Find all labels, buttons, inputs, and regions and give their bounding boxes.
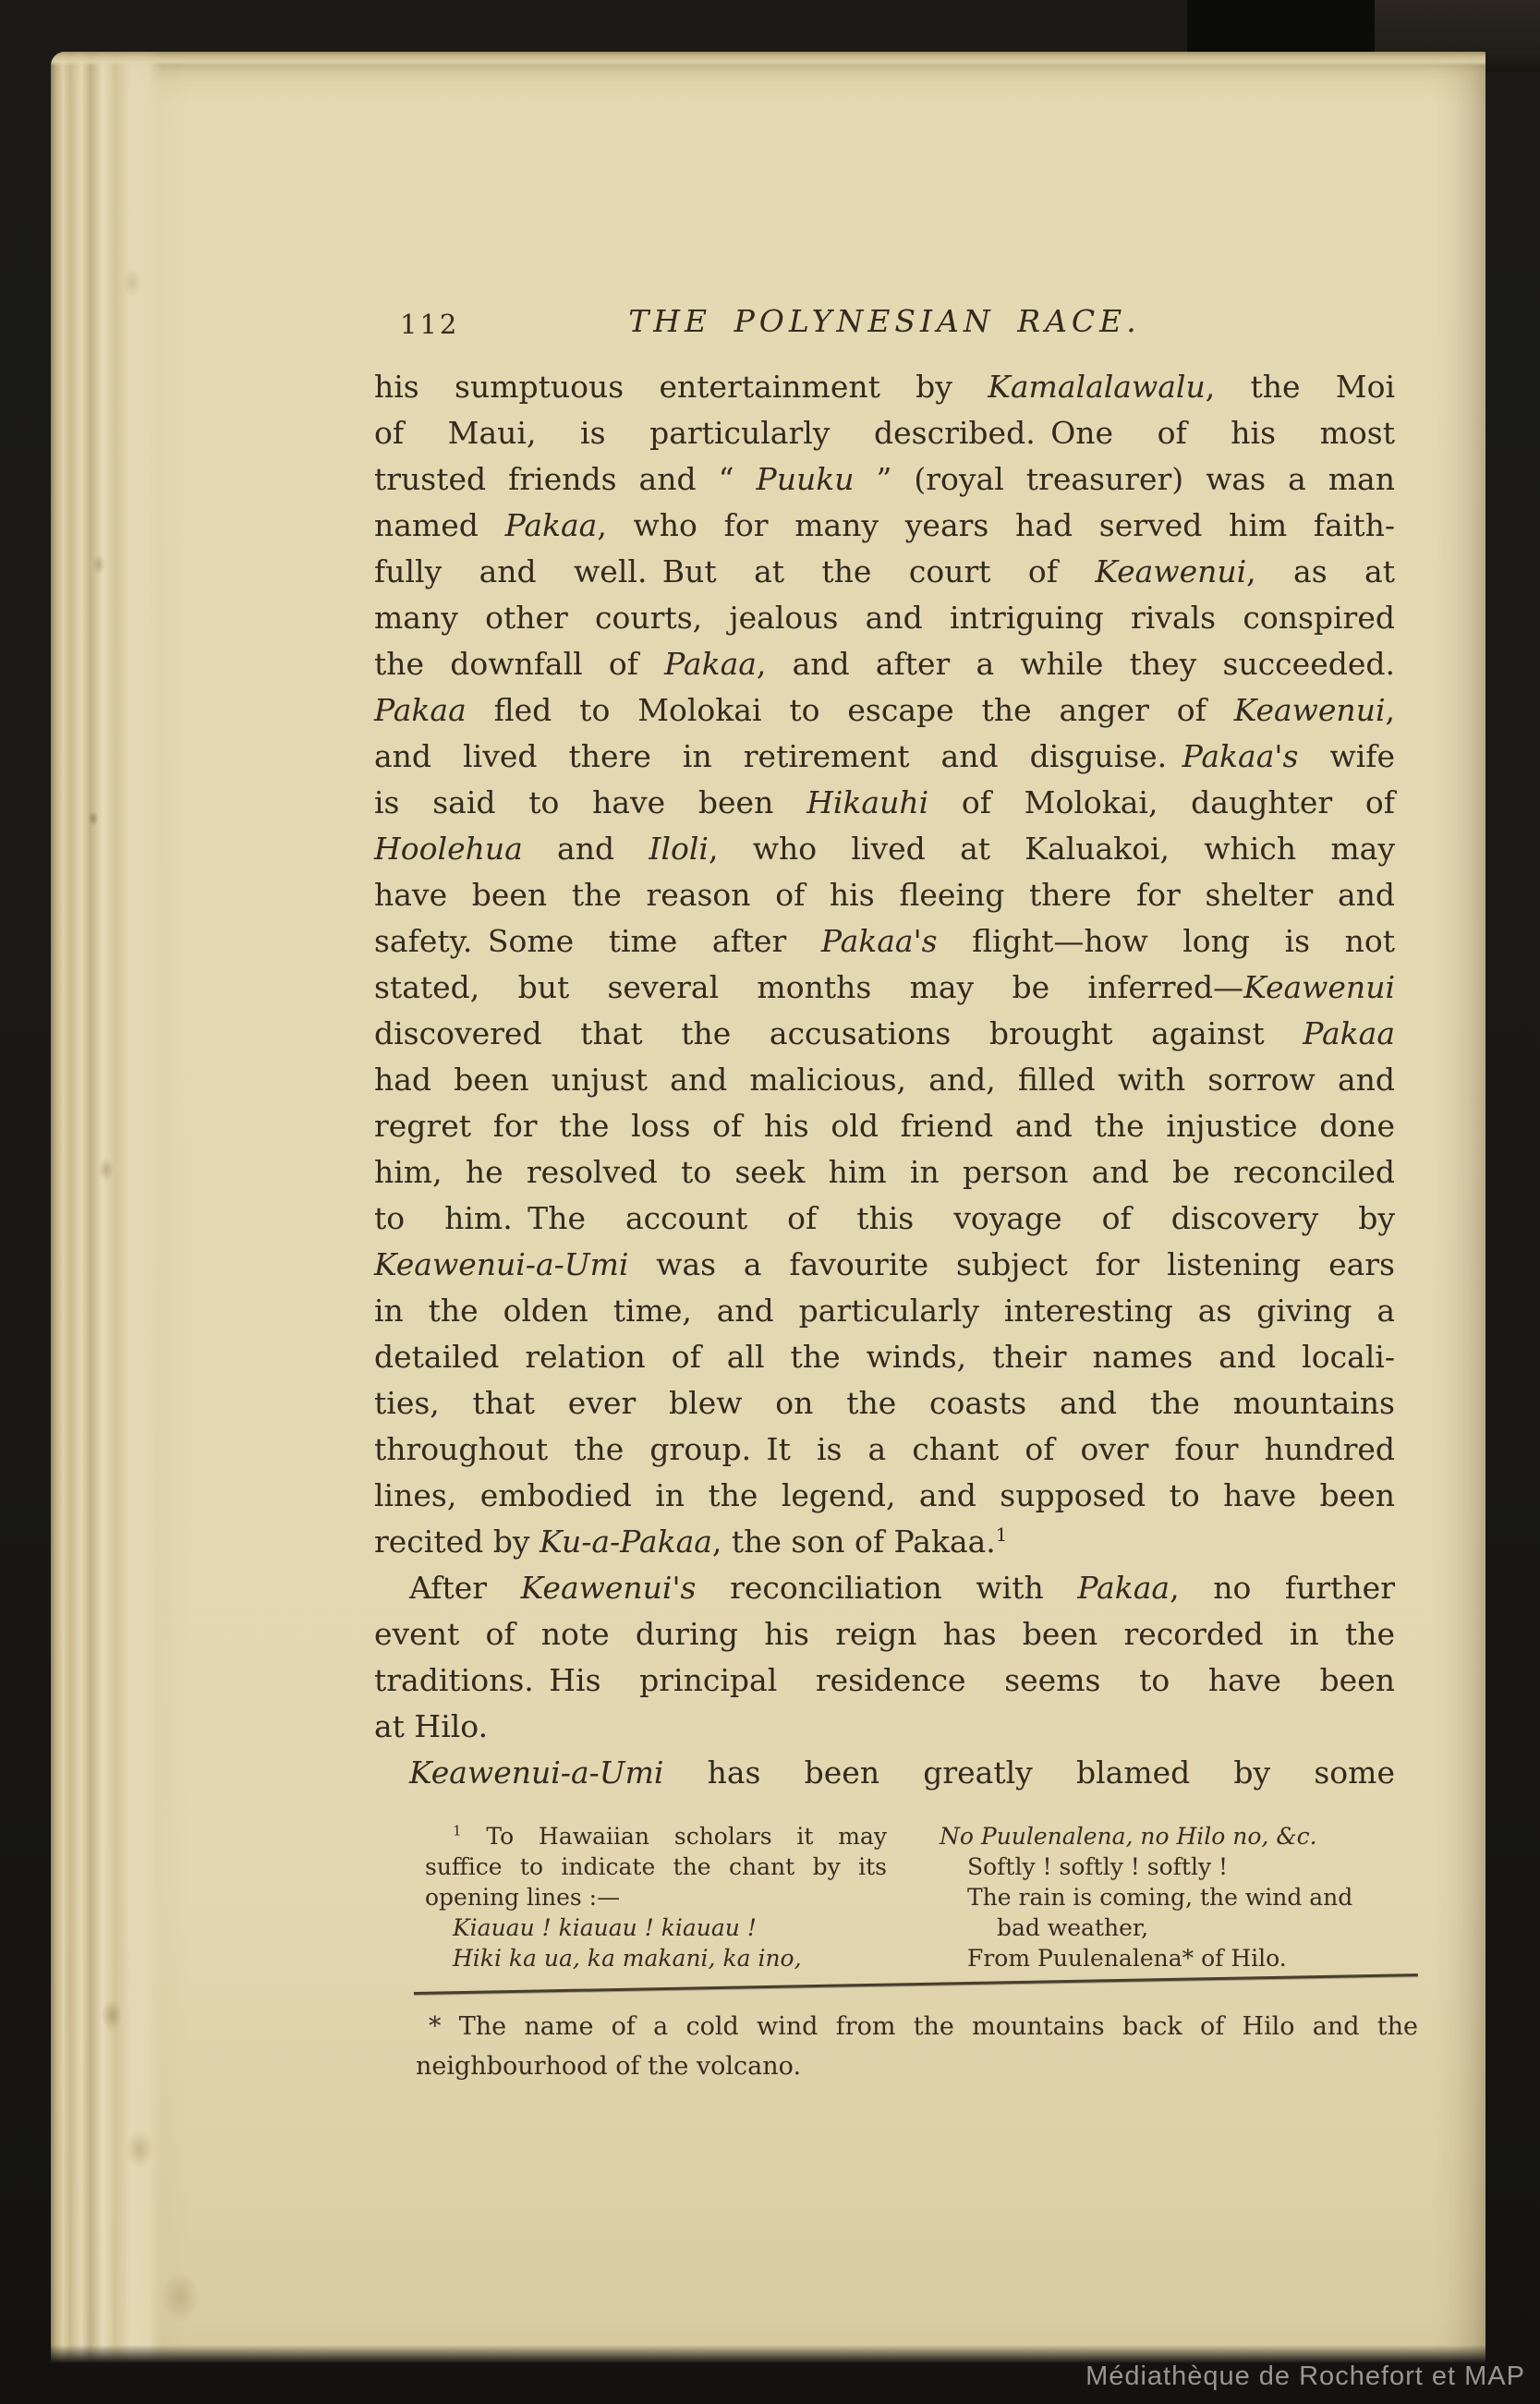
- text-segment: Pakaa: [374, 692, 467, 728]
- text-segment: Keawenui's: [521, 1570, 697, 1606]
- text-segment: trusted friends and “: [374, 461, 757, 497]
- text-segment: safety. Some time after: [374, 923, 821, 959]
- text-segment: Iloli: [649, 831, 709, 867]
- text-segment: Hoolehua: [374, 831, 523, 867]
- text-line: lines, embodied in the legend, and suppo…: [374, 1473, 1395, 1519]
- text-segment: stated, but several months may be inferr…: [374, 969, 1243, 1005]
- text-segment: bad weather,: [997, 1914, 1148, 1941]
- text-segment: ,: [1386, 692, 1396, 728]
- text-segment: recited by: [374, 1524, 540, 1560]
- text-segment: event of note during his reign has been …: [374, 1616, 1395, 1652]
- text-line: 1 To Hawaiian scholars it may: [425, 1821, 887, 1852]
- text-segment: Keawenui: [1234, 692, 1386, 728]
- text-line: many other courts, jealous and intriguin…: [374, 595, 1395, 641]
- text-segment: is said to have been: [374, 784, 806, 820]
- text-segment: Pakaa's: [821, 923, 938, 959]
- text-segment: Hiki ka ua, ka makani, ka ino,: [453, 1945, 802, 1972]
- text-segment: Kamalalawalu: [988, 369, 1205, 405]
- text-line: The rain is coming, the wind and: [940, 1882, 1395, 1912]
- text-segment: 1: [453, 1823, 462, 1839]
- text-segment: discovered that the accusations brought …: [374, 1015, 1303, 1051]
- text-segment: Keawenui: [1243, 969, 1395, 1005]
- text-segment: to him. The account of this voyage of di…: [374, 1200, 1395, 1236]
- text-segment: neighbourhood of the volcano.: [416, 2052, 801, 2081]
- asterisk-footnote: * The name of a cold wind from the mount…: [416, 2007, 1418, 2086]
- text-segment: To Hawaiian scholars it may: [462, 1823, 887, 1850]
- text-line: Pakaa fled to Molokai to escape the ange…: [374, 687, 1395, 734]
- text-segment: throughout the group. It is a chant of o…: [374, 1431, 1395, 1467]
- text-segment: has been greatly blamed by some: [663, 1754, 1395, 1791]
- text-line: * The name of a cold wind from the mount…: [416, 2007, 1418, 2046]
- body-text: his sumptuous entertainment by Kamalalaw…: [374, 364, 1395, 1796]
- text-segment: Pakaa: [664, 646, 757, 682]
- text-line: Keawenui-a-Umi has been greatly blamed b…: [374, 1750, 1395, 1796]
- footnotes: 1 To Hawaiian scholars it maysuffice to …: [374, 1821, 1395, 1980]
- text-line: to him. The account of this voyage of di…: [374, 1196, 1395, 1242]
- text-line: Hoolehua and Iloli, who lived at Kaluako…: [374, 826, 1395, 872]
- text-segment: From Puulenalena* of Hilo.: [967, 1945, 1287, 1972]
- text-segment: fully and well. But at the court of: [374, 553, 1095, 589]
- text-segment: have been the reason of his fleeing ther…: [374, 877, 1395, 913]
- footnote-left-column: 1 To Hawaiian scholars it maysuffice to …: [425, 1821, 887, 1973]
- text-line: suffice to indicate the chant by its: [425, 1852, 887, 1882]
- text-segment: reconciliation with: [696, 1570, 1077, 1606]
- text-line: opening lines :—: [425, 1882, 887, 1912]
- text-segment: and: [523, 831, 649, 867]
- text-segment: , who lived at Kaluakoi, which may: [709, 831, 1395, 867]
- text-segment: had been unjust and malicious, and, fill…: [374, 1062, 1395, 1098]
- text-line: stated, but several months may be inferr…: [374, 965, 1395, 1011]
- running-title: THE POLYNESIAN RACE.: [374, 303, 1395, 339]
- text-line: bad weather,: [940, 1912, 1395, 1943]
- text-line: discovered that the accusations brought …: [374, 1011, 1395, 1057]
- text-line: regret for the loss of his old friend an…: [374, 1103, 1395, 1149]
- text-line: Keawenui-a-Umi was a favourite subject f…: [374, 1242, 1395, 1288]
- text-segment: Pakaa: [505, 507, 598, 543]
- text-segment: ties, that ever blew on the coasts and t…: [374, 1385, 1395, 1421]
- text-line: the downfall of Pakaa, and after a while…: [374, 641, 1395, 687]
- text-line: neighbourhood of the volcano.: [416, 2046, 1418, 2086]
- text-segment: , no further: [1170, 1570, 1395, 1606]
- text-line: have been the reason of his fleeing ther…: [374, 872, 1395, 918]
- text-segment: was a favourite subject for listening ea…: [628, 1246, 1395, 1282]
- text-segment: , as at: [1246, 553, 1395, 589]
- text-line: Hiki ka ua, ka makani, ka ino,: [425, 1943, 887, 1973]
- text-segment: regret for the loss of his old friend an…: [374, 1108, 1395, 1144]
- text-line: fully and well. But at the court of Keaw…: [374, 549, 1395, 595]
- text-segment: Keawenui-a-Umi: [409, 1754, 663, 1791]
- text-line: From Puulenalena* of Hilo.: [940, 1943, 1395, 1973]
- text-segment: him, he resolved to seek him in person a…: [374, 1154, 1395, 1190]
- text-segment: suffice to indicate the chant by its: [425, 1853, 887, 1880]
- text-line: of Maui, is particularly described. One …: [374, 410, 1395, 456]
- text-segment: named: [374, 507, 505, 543]
- text-segment: traditions. His principal residence seem…: [374, 1662, 1395, 1698]
- text-segment: Pakaa: [1303, 1015, 1395, 1051]
- text-line: safety. Some time after Pakaa's flight—h…: [374, 918, 1395, 965]
- text-segment: and lived there in retirement and disgui…: [374, 738, 1182, 774]
- text-segment: wife: [1298, 738, 1395, 774]
- text-line: After Keawenui's reconciliation with Pak…: [374, 1565, 1395, 1611]
- book-page: 112 THE POLYNESIAN RACE. his sumptuous e…: [51, 52, 1485, 2404]
- text-line: is said to have been Hikauhi of Molokai,…: [374, 780, 1395, 826]
- text-line: traditions. His principal residence seem…: [374, 1657, 1395, 1704]
- text-segment: , and after a while they succeeded.: [757, 646, 1395, 682]
- text-segment: at Hilo.: [374, 1708, 488, 1744]
- text-line: throughout the group. It is a chant of o…: [374, 1427, 1395, 1473]
- text-line: and lived there in retirement and disgui…: [374, 734, 1395, 780]
- text-segment: The rain is coming, the wind and: [967, 1884, 1352, 1911]
- text-line: trusted friends and “ Puuku ” (royal tre…: [374, 456, 1395, 503]
- text-line: at Hilo.: [374, 1704, 1395, 1750]
- text-segment: in the olden time, and particularly inte…: [374, 1293, 1395, 1329]
- text-segment: detailed relation of all the winds, thei…: [374, 1339, 1395, 1375]
- text-segment: opening lines :—: [425, 1884, 620, 1911]
- text-line: in the olden time, and particularly inte…: [374, 1288, 1395, 1334]
- text-line: his sumptuous entertainment by Kamalalaw…: [374, 364, 1395, 410]
- text-segment: No Puulenalena, no Hilo no, &c.: [940, 1823, 1317, 1850]
- text-segment: Pakaa's: [1182, 738, 1299, 774]
- page-top-edge: [51, 52, 1485, 66]
- text-line: detailed relation of all the winds, thei…: [374, 1334, 1395, 1380]
- text-segment: Ku-a-Pakaa: [540, 1524, 712, 1560]
- text-segment: Hikauhi: [806, 784, 928, 820]
- text-segment: Softly ! softly ! softly !: [967, 1853, 1228, 1880]
- foxing-stains: [51, 52, 254, 2404]
- text-segment: , the son of Pakaa.: [712, 1524, 996, 1560]
- text-line: Kiauau ! kiauau ! kiauau !: [425, 1912, 887, 1943]
- text-segment: the downfall of: [374, 646, 664, 682]
- watermark-label: Médiathèque de Rochefort et MAP: [1085, 2362, 1525, 2392]
- text-segment: fled to Molokai to escape the anger of: [467, 692, 1234, 728]
- text-line: Softly ! softly ! softly !: [940, 1852, 1395, 1882]
- text-segment: lines, embodied in the legend, and suppo…: [374, 1477, 1395, 1513]
- text-line: him, he resolved to seek him in person a…: [374, 1149, 1395, 1196]
- text-segment: * The name of a cold wind from the mount…: [429, 2012, 1418, 2041]
- text-line: ties, that ever blew on the coasts and t…: [374, 1380, 1395, 1427]
- text-segment: Keawenui-a-Umi: [374, 1246, 628, 1282]
- text-segment: After: [409, 1570, 521, 1606]
- text-segment: Pakaa: [1077, 1570, 1170, 1606]
- footnote-right-column: No Puulenalena, no Hilo no, &c.Softly ! …: [940, 1821, 1395, 1973]
- text-line: had been unjust and malicious, and, fill…: [374, 1057, 1395, 1103]
- text-segment: his sumptuous entertainment by: [374, 369, 988, 405]
- text-segment: of Maui, is particularly described. One …: [374, 415, 1395, 451]
- text-segment: 1: [996, 1524, 1008, 1546]
- text-segment: Kiauau ! kiauau ! kiauau !: [453, 1914, 757, 1941]
- text-line: recited by Ku-a-Pakaa, the son of Pakaa.…: [374, 1519, 1395, 1565]
- text-line: event of note during his reign has been …: [374, 1611, 1395, 1657]
- text-segment: flight—how long is not: [938, 923, 1395, 959]
- text-segment: , the Moi: [1206, 369, 1395, 405]
- text-line: No Puulenalena, no Hilo no, &c.: [940, 1821, 1395, 1852]
- text-line: named Pakaa, who for many years had serv…: [374, 503, 1395, 549]
- text-segment: ” (royal treasurer) was a man: [854, 461, 1395, 497]
- page-header: 112 THE POLYNESIAN RACE.: [374, 303, 1395, 347]
- text-segment: , who for many years had served him fait…: [597, 507, 1395, 543]
- text-segment: of Molokai, daughter of: [928, 784, 1395, 820]
- text-segment: Keawenui: [1095, 553, 1246, 589]
- text-segment: many other courts, jealous and intriguin…: [374, 600, 1395, 636]
- scanned-book-photo: 112 THE POLYNESIAN RACE. his sumptuous e…: [0, 0, 1540, 2404]
- text-segment: Puuku: [757, 461, 855, 497]
